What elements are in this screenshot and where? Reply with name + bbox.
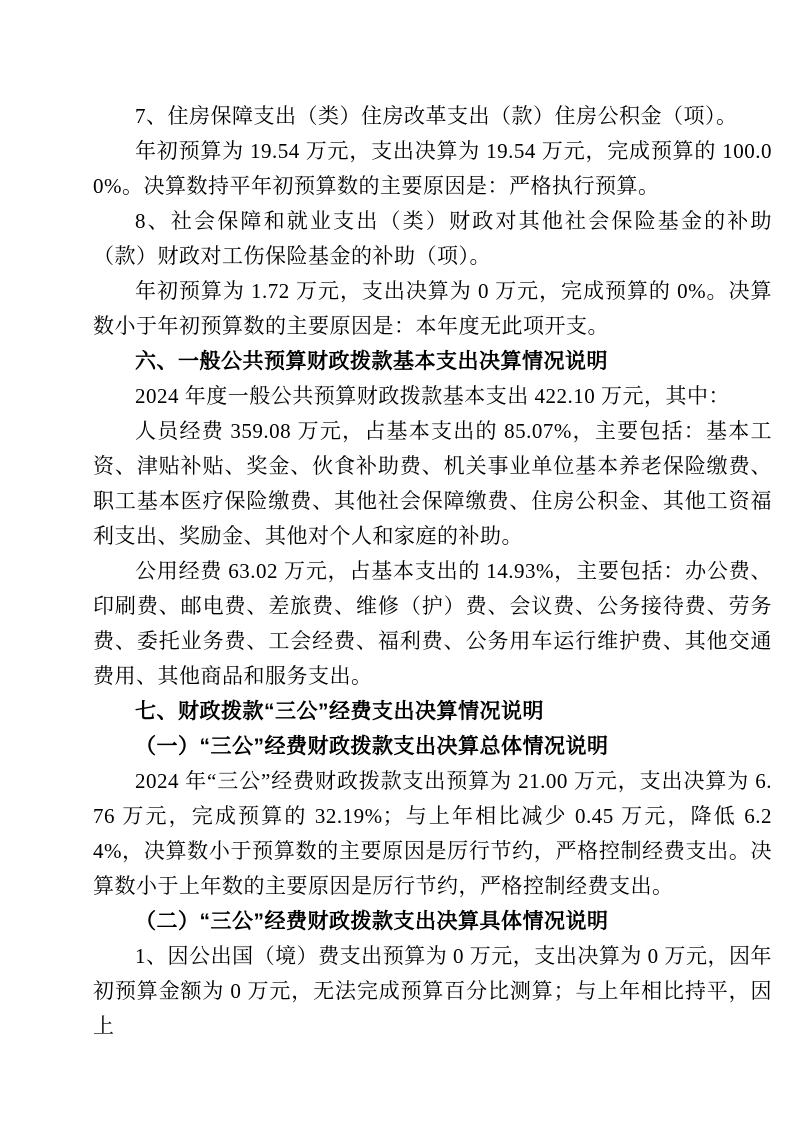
section-6-total: 2024 年度一般公共预算财政拨款基本支出 422.10 万元，其中： (93, 379, 772, 414)
item-7-detail: 年初预算为 19.54 万元，支出决算为 19.54 万元，完成预算的 100.… (93, 134, 772, 204)
section-6-heading: 六、一般公共预算财政拨款基本支出决算情况说明 (93, 344, 772, 379)
document-page: 7、住房保障支出（类）住房改革支出（款）住房公积金（项）。年初预算为 19.54… (0, 0, 793, 1122)
item-7-housing-security: 7、住房保障支出（类）住房改革支出（款）住房公积金（项）。 (93, 99, 772, 134)
item-8-detail: 年初预算为 1.72 万元，支出决算为 0 万元，完成预算的 0%。决算数小于年… (93, 274, 772, 344)
public-expense-detail: 公用经费 63.02 万元，占基本支出的 14.93%，主要包括：办公费、印刷费… (93, 554, 772, 694)
sangong-overall-detail: 2024 年“三公”经费财政拨款支出预算为 21.00 万元，支出决算为 6.7… (93, 764, 772, 904)
section-7-1-heading: （一）“三公”经费财政拨款支出决算总体情况说明 (93, 729, 772, 764)
item-8-social-security: 8、社会保障和就业支出（类）财政对其他社会保险基金的补助（款）财政对工伤保险基金… (93, 204, 772, 274)
personnel-expense-detail: 人员经费 359.08 万元，占基本支出的 85.07%，主要包括：基本工资、津… (93, 414, 772, 554)
section-7-2-heading: （二）“三公”经费财政拨款支出决算具体情况说明 (93, 904, 772, 939)
sangong-item-1-abroad: 1、因公出国（境）费支出预算为 0 万元，支出决算为 0 万元，因年初预算金额为… (93, 939, 772, 1044)
document-content: 7、住房保障支出（类）住房改革支出（款）住房公积金（项）。年初预算为 19.54… (93, 99, 772, 1044)
section-7-heading: 七、财政拨款“三公”经费支出决算情况说明 (93, 694, 772, 729)
